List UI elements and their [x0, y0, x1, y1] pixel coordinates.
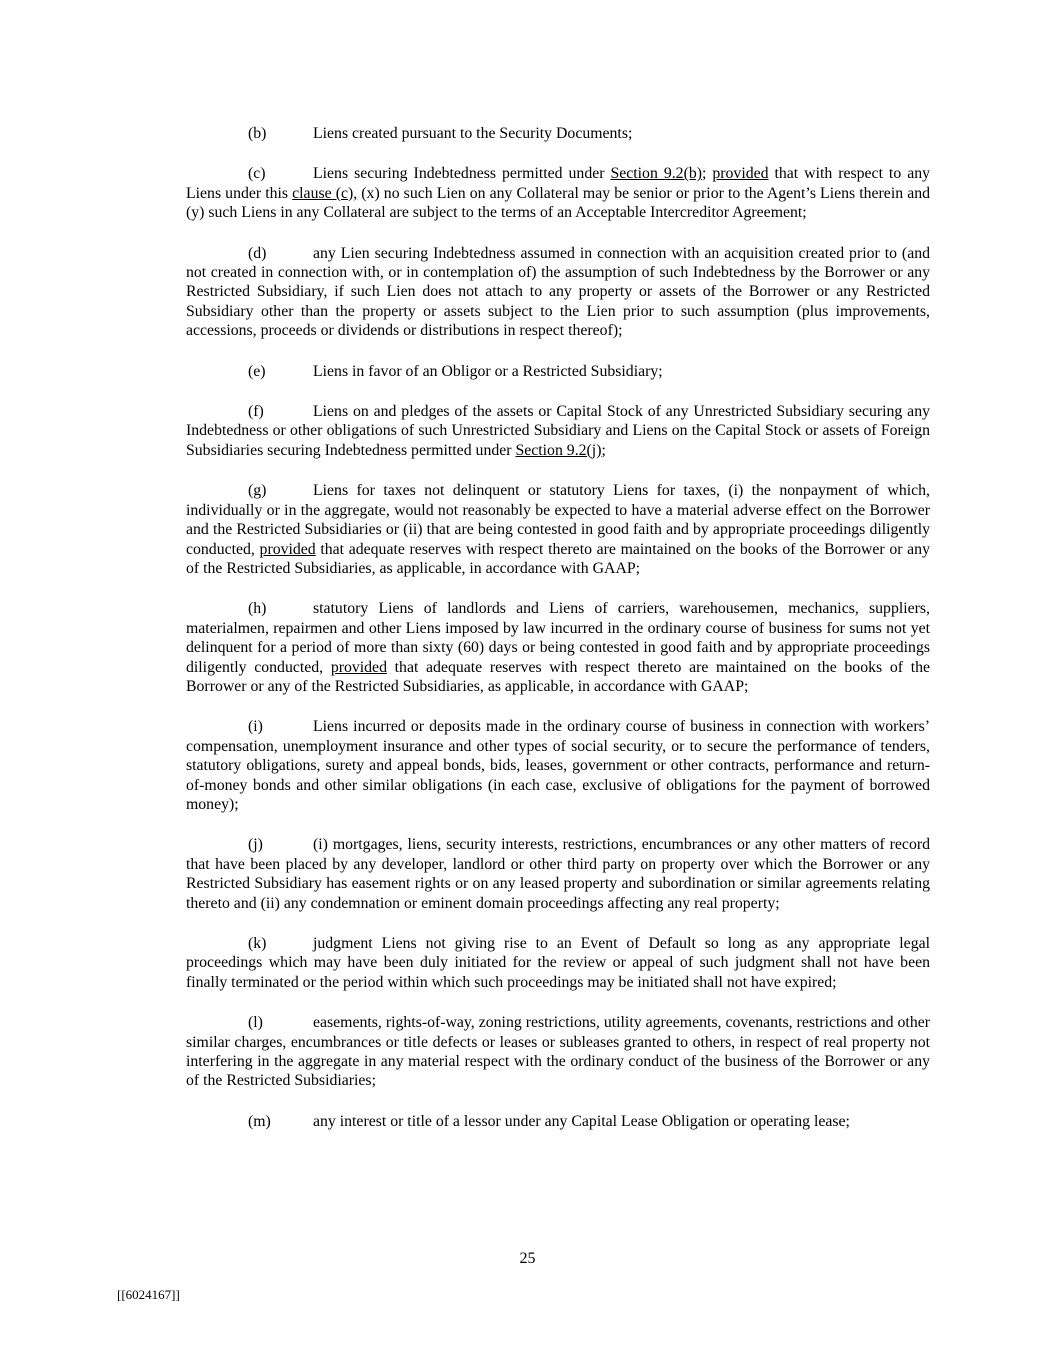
paragraph-label: (l) — [248, 1013, 313, 1032]
paragraph-label: (d) — [248, 244, 313, 263]
page-number: 25 — [0, 1249, 1055, 1268]
paragraph-label: (f) — [248, 402, 313, 421]
paragraph-text: Liens in favor of an Obligor or a Restri… — [313, 363, 663, 380]
paragraph-label: (h) — [248, 599, 313, 618]
paragraph-h: (h)statutory Liens of landlords and Lien… — [186, 599, 930, 696]
paragraph-i: (i)Liens incurred or deposits made in th… — [186, 717, 930, 814]
paragraph-label: (c) — [248, 164, 313, 183]
paragraph-g: (g)Liens for taxes not delinquent or sta… — [186, 481, 930, 578]
paragraph-k: (k)judgment Liens not giving rise to an … — [186, 934, 930, 992]
paragraph-j: (j)(i) mortgages, liens, security intere… — [186, 835, 930, 913]
paragraph-f: (f)Liens on and pledges of the assets or… — [186, 402, 930, 460]
paragraph-label: (k) — [248, 934, 313, 953]
document-id-tag: [[6024167]] — [117, 1287, 180, 1303]
paragraph-label: (m) — [248, 1112, 313, 1131]
paragraph-label: (i) — [248, 717, 313, 736]
paragraph-d: (d)any Lien securing Indebtedness assume… — [186, 244, 930, 341]
paragraph-text: any interest or title of a lessor under … — [313, 1113, 850, 1130]
document-page: (b)Liens created pursuant to the Securit… — [0, 0, 1055, 1365]
paragraph-e: (e)Liens in favor of an Obligor or a Res… — [186, 362, 930, 381]
paragraph-b: (b)Liens created pursuant to the Securit… — [186, 124, 930, 143]
paragraph-l: (l)easements, rights-of-way, zoning rest… — [186, 1013, 930, 1091]
paragraph-text: Liens created pursuant to the Security D… — [313, 125, 632, 142]
paragraph-label: (j) — [248, 835, 313, 854]
paragraph-c: (c)Liens securing Indebtedness permitted… — [186, 164, 930, 222]
paragraph-label: (e) — [248, 362, 313, 381]
paragraph-m: (m)any interest or title of a lessor und… — [186, 1112, 930, 1131]
document-body: (b)Liens created pursuant to the Securit… — [186, 124, 930, 1131]
paragraph-label: (g) — [248, 481, 313, 500]
paragraph-label: (b) — [248, 124, 313, 143]
